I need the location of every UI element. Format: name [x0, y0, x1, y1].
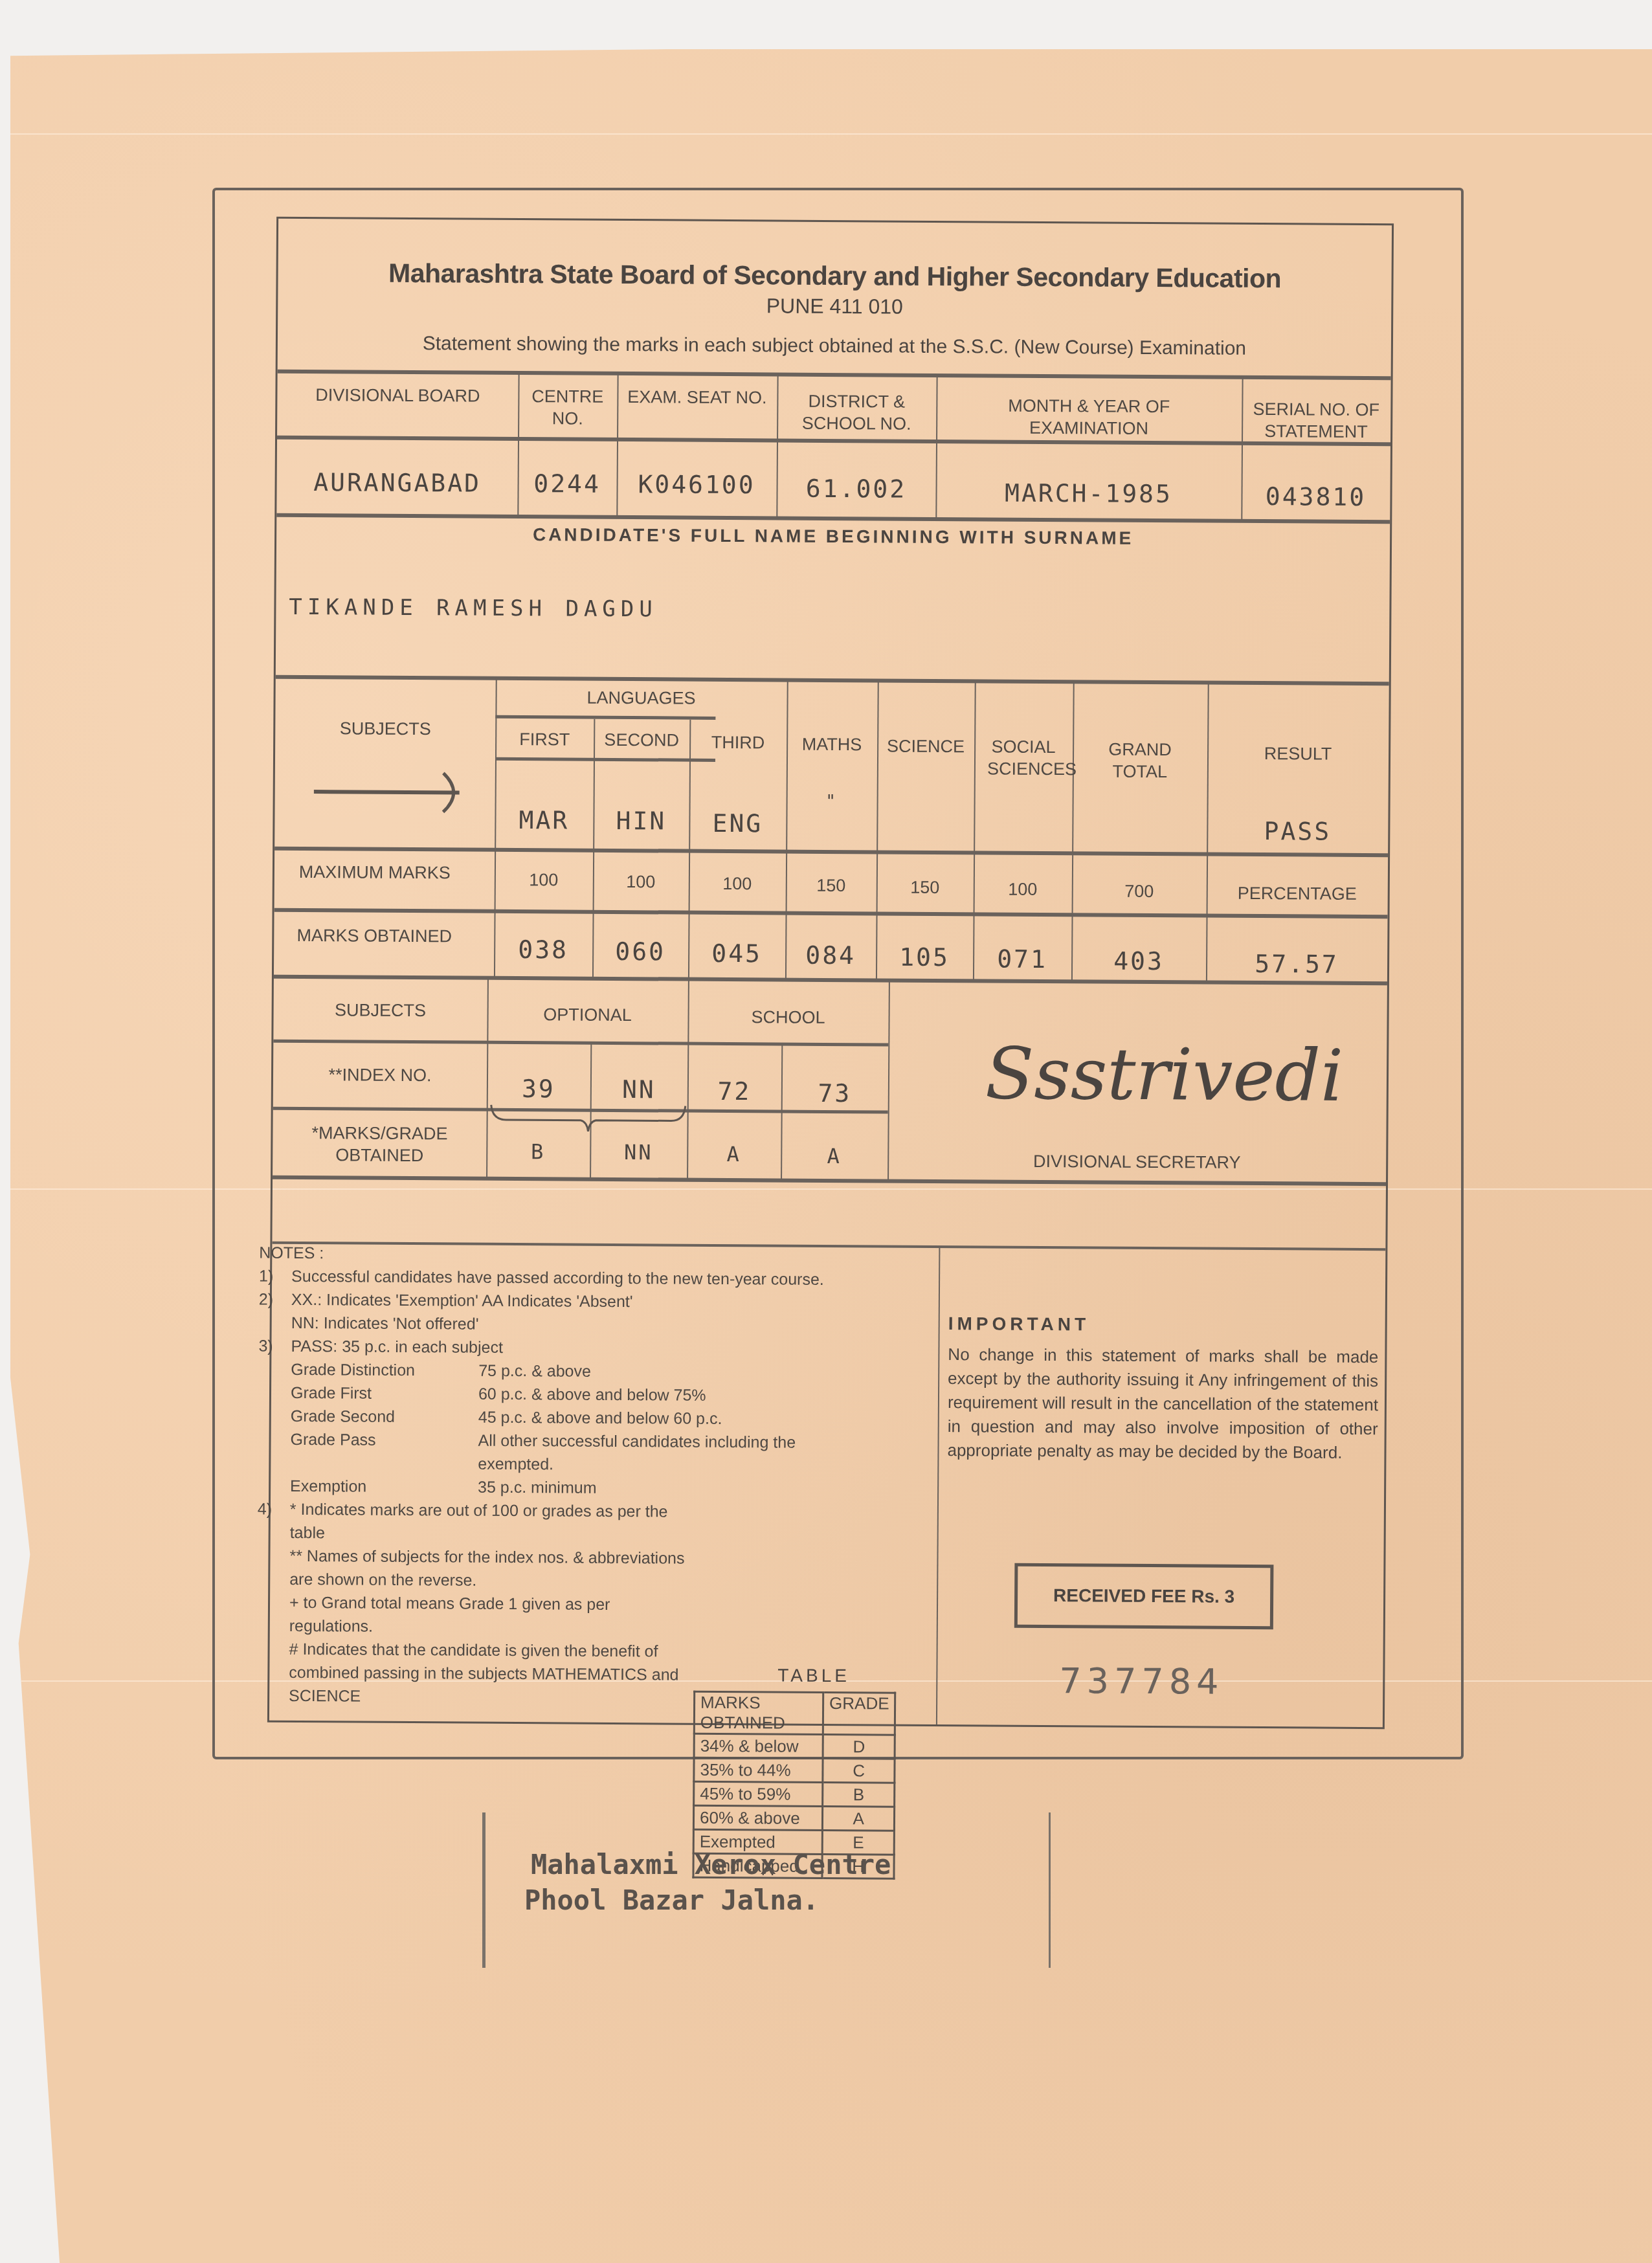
centre-no-value: 0244	[517, 469, 616, 498]
obtained-third: 045	[688, 939, 785, 968]
divisional-secretary-label: DIVISIONAL SECRETARY	[887, 1150, 1386, 1175]
school-label: SCHOOL	[687, 1006, 888, 1029]
optional-label: OPTIONAL	[487, 1003, 687, 1027]
obtained-total: 403	[1071, 946, 1206, 975]
signature: Ssstrivedi	[985, 1032, 1344, 1117]
note-2a: XX.: Indicates 'Exemption' AA Indicates …	[291, 1288, 633, 1313]
divider	[274, 847, 1388, 858]
grade-key: Grade Distinction	[291, 1358, 478, 1383]
marks-grade-label: *MARKS/GRADE OBTAINED	[273, 1122, 486, 1167]
divider	[274, 908, 1388, 919]
note-4b: ** Names of subjects for the index nos. …	[289, 1544, 691, 1594]
obtained-second: 060	[592, 937, 688, 966]
candidate-name: TIKANDE RAMESH DAGDU	[289, 594, 658, 622]
result-value: PASS	[1207, 817, 1388, 847]
paper-fold	[10, 133, 1652, 135]
subject-code-second: HIN	[593, 807, 689, 836]
grade-letter: D	[823, 1734, 895, 1759]
grade-letter: B	[823, 1782, 895, 1807]
note-4c: + to Grand total means Grade 1 given as …	[289, 1591, 652, 1640]
index-optional-2: NN	[590, 1075, 687, 1104]
col-divider	[973, 682, 976, 980]
col-social-sciences: SOCIAL SCIENCES	[974, 735, 1073, 780]
candidate-name-caption: CANDIDATE'S FULL NAME BEGINNING WITH SUR…	[276, 523, 1390, 551]
important-text: No change in this statement of marks sha…	[947, 1343, 1378, 1465]
grade-school-2: A	[781, 1144, 887, 1169]
stamp-line-1: Mahalaxmi Xerox Centre	[531, 1848, 891, 1882]
obtained-first: 038	[494, 935, 592, 964]
grade-value: 75 p.c. & above	[478, 1359, 591, 1383]
col-first: FIRST	[495, 728, 594, 751]
col-grand-total: GRAND TOTAL	[1073, 738, 1207, 783]
note-number: 2)	[259, 1288, 291, 1311]
header-month-year: MONTH & YEAR OF EXAMINATION	[936, 394, 1242, 440]
seat-no-value: K046100	[616, 470, 776, 500]
max-marks-maths: 150	[786, 875, 876, 897]
divider	[278, 370, 1391, 381]
max-marks-third: 100	[689, 873, 786, 895]
index-optional-1: 39	[487, 1075, 590, 1104]
note-4d: # Indicates that the candidate is given …	[289, 1638, 691, 1710]
grade-table-header: MARKS OBTAINED	[694, 1691, 823, 1734]
grade-letter: C	[823, 1758, 895, 1783]
max-marks-science: 150	[876, 876, 974, 898]
percentage-value: 57.57	[1206, 950, 1387, 979]
max-marks-second: 100	[593, 871, 689, 893]
divider	[273, 1040, 888, 1047]
fee-receipt-number: 737784	[1059, 1660, 1224, 1702]
obtained-science: 105	[876, 942, 973, 972]
serial-no-value: 043810	[1241, 482, 1390, 511]
grade-key: Grade Pass	[290, 1428, 478, 1476]
header-seat-no: EXAM. SEAT NO.	[617, 386, 777, 409]
col-result: RESULT	[1207, 742, 1389, 766]
index-school-2: 73	[781, 1079, 888, 1108]
stamp-line-2: Phool Bazar Jalna.	[524, 1884, 819, 1917]
divider	[276, 675, 1389, 686]
marksheet-form: Maharashtra State Board of Secondary and…	[267, 217, 1394, 1730]
subjects-label: SUBJECTS	[275, 717, 495, 741]
note-number: 3)	[258, 1335, 291, 1358]
arrow-right-icon	[313, 769, 469, 815]
grade-optional-2: NN	[590, 1140, 687, 1165]
grade-key: Grade Second	[291, 1405, 478, 1429]
header-centre-no: CENTRE NO.	[518, 385, 617, 430]
percentage-label: PERCENTAGE	[1207, 882, 1388, 906]
grade-table-title: TABLE	[777, 1666, 850, 1687]
max-marks-social: 100	[974, 878, 1072, 900]
col-divider	[876, 682, 879, 979]
grade-value: 60 p.c. & above and below 75%	[478, 1383, 706, 1407]
brace-icon	[489, 1104, 687, 1134]
received-fee-stamp: RECEIVED FEE Rs. 3	[1014, 1563, 1274, 1629]
col-second: SECOND	[594, 729, 689, 752]
note-number: 1)	[259, 1265, 291, 1288]
subject-code-first: MAR	[495, 806, 593, 835]
grade-range: 45% to 59%	[694, 1781, 823, 1806]
languages-label: LANGUAGES	[495, 686, 787, 710]
index-school-1: 72	[687, 1077, 781, 1106]
note-3: PASS: 35 p.c. in each subject	[291, 1335, 503, 1359]
important-title: IMPORTANT	[948, 1313, 1090, 1335]
col-science: SCIENCE	[877, 735, 974, 757]
note-4a: * Indicates marks are out of 100 or grad…	[290, 1498, 698, 1547]
notes-section: NOTES : 1)Successful candidates have pas…	[256, 1242, 926, 1711]
grade-key: Exemption	[290, 1475, 478, 1499]
header-serial-no: SERIAL NO. OF STATEMENT	[1242, 398, 1390, 443]
grade-table-header: GRADE	[823, 1692, 895, 1735]
note-number: 4)	[258, 1498, 290, 1544]
grade-value: 35 p.c. minimum	[478, 1476, 597, 1500]
max-marks-total: 700	[1072, 880, 1207, 902]
grade-key: Grade First	[291, 1381, 478, 1406]
divider	[495, 715, 715, 720]
grade-value: 45 p.c. & above and below 60 p.c.	[478, 1406, 722, 1431]
optional-subjects-label: SUBJECTS	[274, 999, 487, 1022]
month-year-value: MARCH-1985	[935, 478, 1241, 509]
divisional-board-value: AURANGABAD	[276, 468, 517, 498]
subject-code-maths: "	[787, 792, 877, 812]
note-1: Successful candidates have passed accord…	[291, 1265, 842, 1291]
obtained-maths: 084	[785, 941, 876, 970]
board-address: PUNE 411 010	[278, 291, 1391, 322]
max-marks-label: MAXIMUM MARKS	[274, 861, 475, 884]
board-title: Maharashtra State Board of Secondary and…	[278, 258, 1391, 295]
col-divider	[936, 1248, 940, 1724]
header-divisional-board: DIVISIONAL BOARD	[277, 384, 518, 407]
grade-value: All other successful candidates includin…	[478, 1429, 840, 1478]
max-marks-first: 100	[495, 869, 593, 891]
statement-caption: Statement showing the marks in each subj…	[278, 332, 1391, 361]
col-maths: MATHS	[787, 733, 877, 756]
col-divider	[1071, 683, 1075, 981]
note-2b: NN: Indicates 'Not offered'	[291, 1311, 479, 1336]
grade-range: 34% & below	[694, 1733, 823, 1758]
district-school-value: 61.002	[776, 474, 935, 504]
grade-school-1: A	[687, 1142, 781, 1167]
header-district-school: DISTRICT & SCHOOL NO.	[777, 390, 936, 435]
obtained-social: 071	[973, 944, 1071, 974]
subject-code-third: ENG	[689, 809, 786, 838]
col-third: THIRD	[689, 731, 787, 754]
divider	[495, 757, 715, 762]
grade-range: 35% to 44%	[694, 1757, 823, 1782]
index-no-label: **INDEX NO.	[273, 1064, 487, 1087]
divider	[273, 1176, 1386, 1187]
marks-obtained-label: MARKS OBTAINED	[274, 924, 474, 948]
divider	[276, 513, 1390, 524]
grade-optional-1: B	[486, 1139, 590, 1165]
